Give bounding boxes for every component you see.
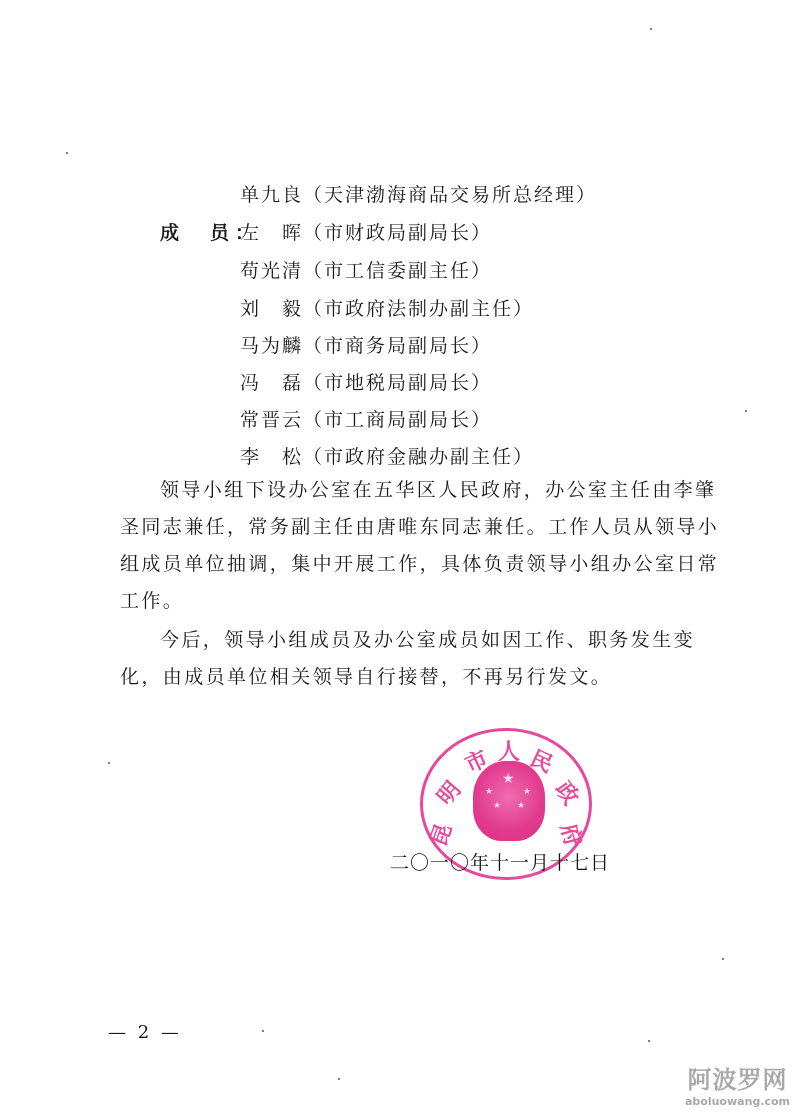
seal-char: 府 bbox=[554, 820, 590, 849]
star-icon: ★ bbox=[517, 801, 525, 811]
page-number: — 2 — bbox=[108, 1022, 182, 1043]
member-row: 马为麟（市商务局副局长） bbox=[240, 331, 492, 358]
member-row: 常晋云（市工商局副局长） bbox=[240, 405, 492, 432]
member-name: 左 晖 bbox=[240, 222, 303, 244]
member-title: （市政府金融办副主任） bbox=[303, 446, 534, 468]
paragraph-changes: 今后，领导小组成员及办公室成员如因工作、职务发生变化，由成员单位相关领导自行接替… bbox=[120, 622, 720, 696]
member-name: 马为麟 bbox=[240, 335, 303, 357]
star-icon: ★ bbox=[485, 787, 493, 797]
member-name: 苟光清 bbox=[240, 260, 303, 282]
star-icon: ★ bbox=[493, 801, 501, 811]
member-row: 苟光清（市工信委副主任） bbox=[240, 256, 492, 283]
member-title: （市工信委副主任） bbox=[303, 260, 492, 282]
seal-char: 昆 bbox=[422, 819, 459, 850]
member-title: （市商务局副局长） bbox=[303, 335, 492, 357]
member-title: （市政府法制办副主任） bbox=[303, 298, 534, 320]
member-name: 李 松 bbox=[240, 446, 303, 468]
document-date: 二〇一〇年十一月十七日 bbox=[390, 848, 610, 875]
scan-speck bbox=[262, 1030, 264, 1032]
member-name: 刘 毅 bbox=[240, 298, 303, 320]
member-name: 常晋云 bbox=[240, 409, 303, 431]
document-page: 单九良（天津渤海商品交易所总经理） 成 员： 左 晖（市财政局副局长） 苟光清（… bbox=[0, 0, 806, 1114]
member-row: 冯 磊（市地税局副局长） bbox=[240, 368, 492, 395]
member-row: 刘 毅（市政府法制办副主任） bbox=[240, 294, 534, 321]
member-name: 冯 磊 bbox=[240, 372, 303, 394]
star-icon: ★ bbox=[523, 787, 531, 797]
member-title: （市工商局副局长） bbox=[303, 409, 492, 431]
watermark-cn: 阿波罗网 bbox=[685, 1060, 790, 1095]
seal-char: 人 bbox=[498, 735, 520, 766]
member-row: 左 晖（市财政局副局长） bbox=[240, 218, 492, 245]
member-title: （市财政局副局长） bbox=[303, 222, 492, 244]
member-row: 李 松（市政府金融办副主任） bbox=[240, 442, 534, 469]
paragraph-office: 领导小组下设办公室在五华区人民政府，办公室主任由李肇圣同志兼任，常务副主任由唐唯… bbox=[120, 472, 720, 620]
site-watermark: 阿波罗网 aboluowang.com bbox=[685, 1060, 790, 1108]
star-icon: ★ bbox=[502, 771, 515, 787]
member-line-continued: 单九良（天津渤海商品交易所总经理） bbox=[240, 180, 597, 207]
paragraph-text: 领导小组下设办公室在五华区人民政府，办公室主任由李肇圣同志兼任，常务副主任由唐唯… bbox=[120, 479, 719, 612]
scan-speck bbox=[745, 410, 747, 412]
seal-char: 政 bbox=[549, 775, 587, 811]
member-title: （市地税局副局长） bbox=[303, 372, 492, 394]
scan-speck bbox=[722, 958, 724, 960]
watermark-url: aboluowang.com bbox=[685, 1095, 790, 1108]
scan-speck bbox=[648, 1040, 650, 1042]
scan-speck bbox=[66, 152, 68, 154]
paragraph-text: 今后，领导小组成员及办公室成员如因工作、职务发生变化，由成员单位相关领导自行接替… bbox=[120, 629, 695, 688]
scan-speck bbox=[338, 1078, 340, 1080]
scan-speck bbox=[650, 28, 652, 30]
seal-char: 明 bbox=[429, 774, 467, 811]
scan-speck bbox=[108, 762, 110, 764]
